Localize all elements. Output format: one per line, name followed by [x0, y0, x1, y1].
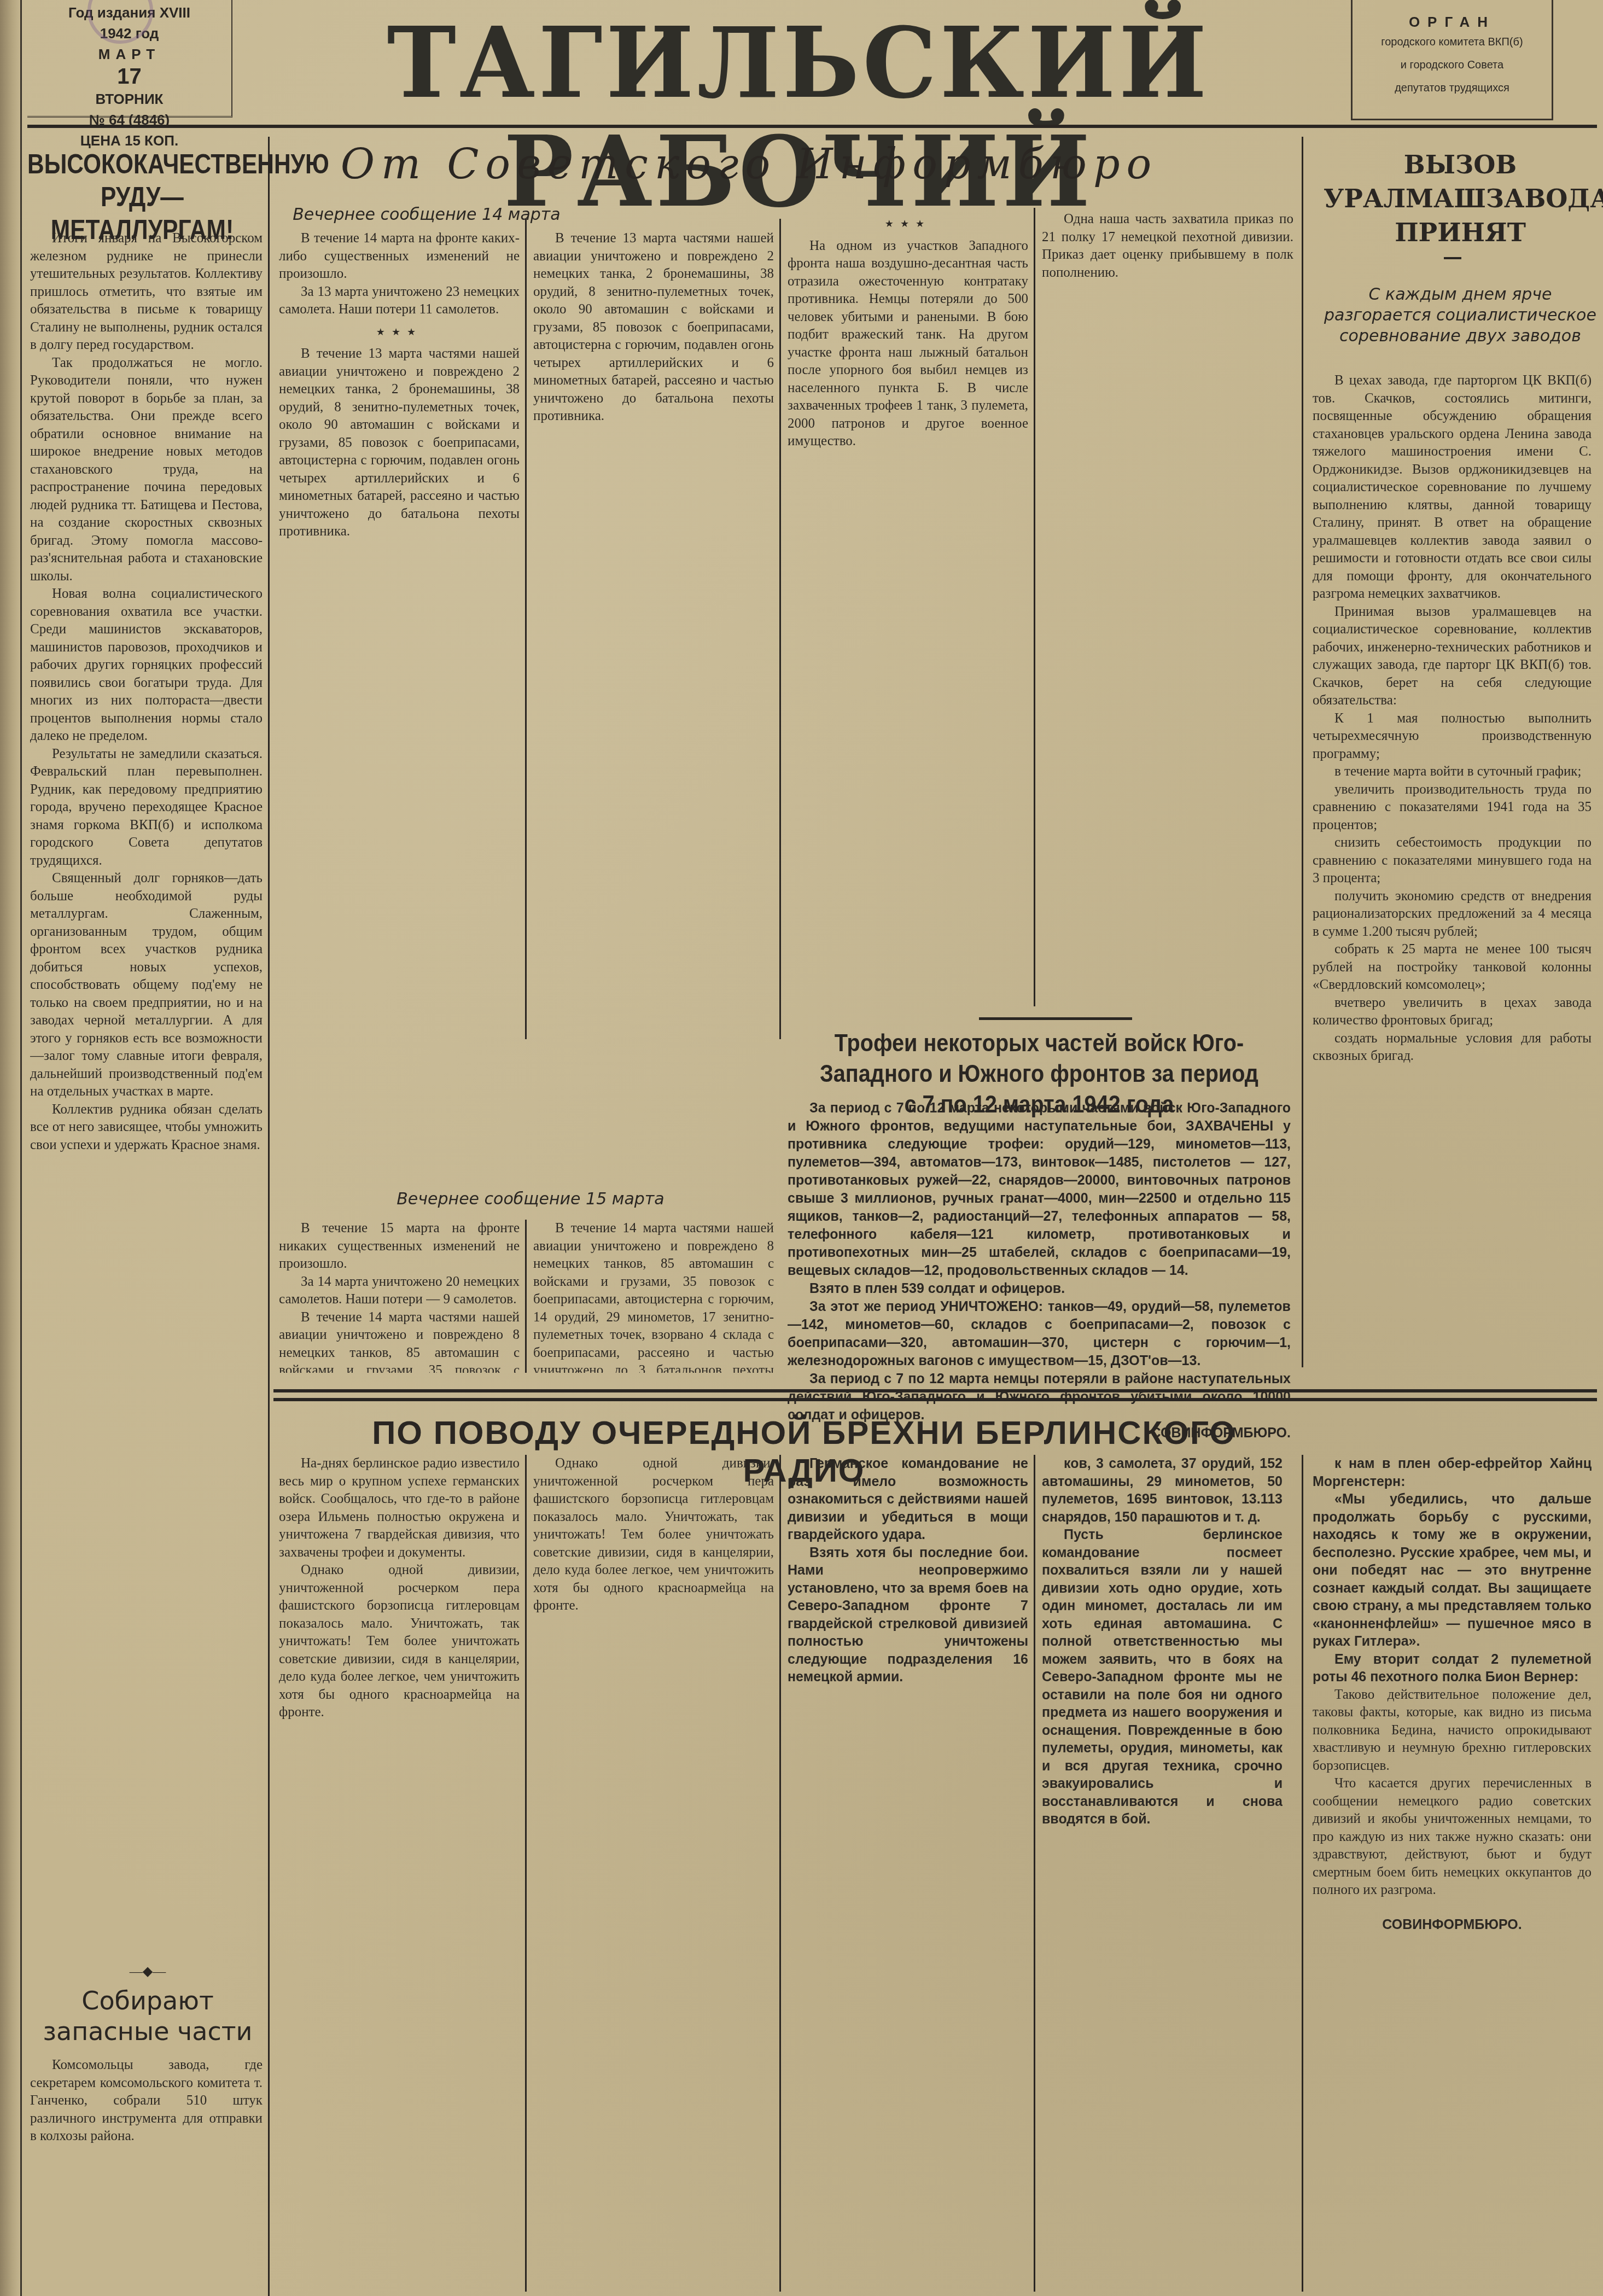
- diamond-ornament: —◆—: [33, 1963, 263, 1979]
- column-divider: [1302, 1455, 1303, 2292]
- stars-separator: ★★★: [279, 323, 520, 341]
- column-divider: [779, 219, 781, 1039]
- informburo-col-1: В течение 14 марта на фронте каких-либо …: [279, 230, 520, 1039]
- informburo-col-2: В течение 13 марта частями нашей авиации…: [533, 230, 774, 1039]
- column-divider: [1034, 1455, 1035, 2292]
- uralmash-body: В цехах завода, где парторгом ЦК ВКП(б) …: [1313, 372, 1592, 1367]
- masthead-rule: [27, 125, 1597, 128]
- signature: СОВИНФОРМБЮРО.: [1313, 1916, 1592, 1934]
- organ-line: и городского Совета: [1353, 54, 1552, 77]
- informburo-col-3: ★★★ На одном из участков Западного фронт…: [788, 211, 1028, 1009]
- stars-separator: ★★★: [788, 215, 1028, 233]
- separator-rule: [979, 1017, 1132, 1020]
- organ-line: городского комитета ВКП(б): [1353, 31, 1552, 54]
- headline-informburo: От Советского Информбюро: [284, 139, 1214, 188]
- informburo-col-4: Одна наша часть захватила приказ по 21 п…: [1042, 211, 1293, 1009]
- section-double-rule: [273, 1389, 1597, 1392]
- informburo-15-col-2: В течение 14 марта частями нашей авиации…: [533, 1220, 774, 1373]
- informburo-15-col-1: В течение 15 марта на фронте никаких сущ…: [279, 1220, 520, 1373]
- article-ore-body: Итоги января на Высокогорском железном р…: [30, 230, 263, 1947]
- column-divider: [1302, 137, 1303, 1367]
- section-double-rule: [273, 1398, 1597, 1401]
- newspaper-title: ТАГИЛЬСКИЙ РАБОЧИЙ: [284, 8, 1313, 118]
- berlin-col-5: к нам в плен обер-ефрейтор Хайнц Моргенс…: [1313, 1455, 1592, 2292]
- berlin-col-4: ков, 3 самолета, 37 орудий, 152 автомаши…: [1042, 1455, 1283, 2292]
- issue-info-box: Год издания XVIII 1942 год МАРТ 17 ВТОРН…: [27, 0, 232, 118]
- headline-spare-parts: Собирают запасные части: [33, 1985, 263, 2047]
- organ-box: ОРГАН городского комитета ВКП(б) и город…: [1351, 0, 1553, 120]
- subheadline-uralmash: С каждым днем ярче разгорается социалист…: [1324, 284, 1597, 347]
- organ-line: депутатов трудящихся: [1353, 77, 1552, 100]
- column-divider: [779, 1455, 781, 2292]
- berlin-col-2: Однако одной дивизии, уничтоженной росче…: [533, 1455, 774, 2292]
- article-spare-parts-body: Комсомольцы завода, где секретарем комсо…: [30, 2056, 263, 2286]
- column-divider: [1034, 208, 1035, 1006]
- column-divider: [268, 137, 270, 2296]
- column-divider: [525, 1220, 527, 1373]
- weekday: ВТОРНИК: [27, 89, 231, 109]
- binding-spine: [0, 0, 22, 2296]
- column-divider: [525, 219, 527, 1039]
- berlin-col-3: Германское командование не раз имело воз…: [788, 1455, 1028, 2292]
- month: МАРТ: [27, 44, 231, 65]
- day: 17: [27, 65, 231, 89]
- headline-uralmash: ВЫЗОВ УРАЛМАШЗАВОДА ПРИНЯТ: [1324, 148, 1597, 249]
- organ-label: ОРГАН: [1353, 14, 1552, 31]
- subhead-evening-15: Вечернее сообщение 15 марта: [284, 1190, 777, 1209]
- berlin-col-1: На-днях берлинское радио известило весь …: [279, 1455, 520, 2292]
- short-dash: [1444, 257, 1461, 259]
- column-divider: [525, 1455, 527, 2292]
